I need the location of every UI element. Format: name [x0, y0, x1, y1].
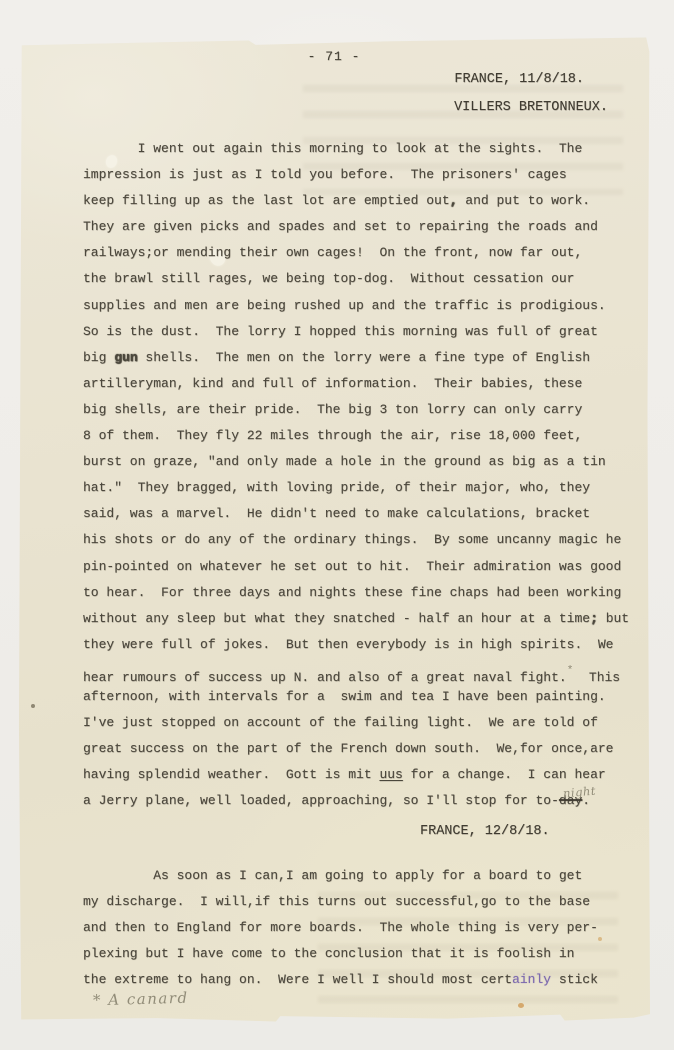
typed-text: stick	[551, 972, 598, 987]
typed-line: I went out again this morning to look at…	[83, 136, 643, 162]
typed-line: So is the dust. The lorry I hopped this …	[83, 319, 643, 345]
typed-text: I've just stopped on account of the fail…	[83, 715, 598, 730]
typed-line: great success on the part of the French …	[83, 736, 643, 762]
typed-text: afternoon, with intervals for a swim and…	[83, 689, 606, 704]
typed-text: big shells, are their pride. The big 3 t…	[83, 402, 582, 417]
typed-text: I went out again this morning to look at…	[83, 141, 582, 156]
typed-text: but	[598, 611, 629, 626]
typed-text: keep filling up as the last lot are empt…	[83, 193, 450, 208]
typed-text: shells. The men on the lorry were a fine…	[138, 350, 590, 365]
handwritten-footnote: * A canard	[93, 989, 189, 1009]
typed-line: 8 of them. They fly 22 miles through the…	[83, 423, 643, 449]
typed-line: supplies and men are being rushed up and…	[83, 293, 643, 319]
typed-line: they were full of jokes. But then everyb…	[83, 632, 643, 658]
typed-text: and then to England for more boards. The…	[83, 920, 598, 935]
typed-line: big shells, are their pride. The big 3 t…	[83, 397, 643, 423]
scan-background: - 71 - FRANCE, 11/8/18. VILLERS BRETONNE…	[0, 0, 674, 1050]
page-number: - 71 -	[18, 49, 650, 64]
typed-text: having splendid weather. Gott is mit	[83, 767, 379, 782]
typed-line: said, was a marvel. He didn't need to ma…	[83, 501, 643, 527]
typed-line: plexing but I have come to the conclusio…	[83, 941, 643, 967]
typed-line: artilleryman, kind and full of informati…	[83, 371, 643, 397]
typed-text: impression is just as I told you before.…	[83, 167, 567, 182]
paper-stain	[518, 1003, 524, 1008]
dateline-place-date: FRANCE, 11/8/18.	[454, 72, 584, 87]
typed-line: to hear. For three days and nights these…	[83, 580, 643, 606]
paper-stain	[31, 704, 35, 708]
typed-line: They are given picks and spades and set …	[83, 214, 643, 240]
typed-text: So is the dust. The lorry I hopped this …	[83, 324, 598, 339]
typed-text: hear rumours of success up N. and also o…	[83, 670, 567, 685]
typed-text-underline: uus	[379, 767, 402, 782]
typed-line: I've just stopped on account of the fail…	[83, 710, 643, 736]
typed-text: big	[83, 350, 114, 365]
typed-text: They are given picks and spades and set …	[83, 219, 598, 234]
typed-text: without any sleep but what they snatched…	[83, 611, 590, 626]
typed-text: my discharge. I will,if this turns out s…	[83, 894, 590, 909]
typed-line: hat." They bragged, with loving pride, o…	[83, 475, 643, 501]
typed-text: the extreme to hang on. Were I well I sh…	[83, 972, 512, 987]
typed-line: afternoon, with intervals for a swim and…	[83, 684, 643, 710]
letter-page: - 71 - FRANCE, 11/8/18. VILLERS BRETONNE…	[18, 37, 650, 1023]
typed-line: railways;or mending their own cages! On …	[83, 240, 643, 266]
typed-text: 8 of them. They fly 22 miles through the…	[83, 428, 582, 443]
typed-text: As soon as I can,I am going to apply for…	[83, 868, 582, 883]
typed-text: artilleryman, kind and full of informati…	[83, 376, 582, 391]
typed-line: a Jerry plane, well loaded, approaching,…	[83, 788, 643, 814]
dateline-location: VILLERS BRETONNEUX.	[454, 100, 608, 115]
typed-text: they were full of jokes. But then everyb…	[83, 637, 614, 652]
typed-line: having splendid weather. Gott is mit uus…	[83, 762, 643, 788]
paragraph-entry-11-8-18: I went out again this morning to look at…	[83, 136, 643, 814]
typed-line: my discharge. I will,if this turns out s…	[83, 889, 643, 915]
typed-line: the brawl still rages, we being top-dog.…	[83, 266, 643, 292]
typed-text: burst on graze, "and only made a hole in…	[83, 454, 606, 469]
typed-line: As soon as I can,I am going to apply for…	[83, 863, 643, 889]
typed-line: keep filling up as the last lot are empt…	[83, 188, 643, 214]
handwritten-insertion: night	[562, 778, 597, 807]
paragraph-entry-12-8-18: As soon as I can,I am going to apply for…	[83, 863, 643, 993]
typed-text-strike: daynight	[559, 793, 582, 808]
typed-text: and put to work.	[457, 193, 590, 208]
typed-text: said, was a marvel. He didn't need to ma…	[83, 506, 590, 521]
typed-line: and then to England for more boards. The…	[83, 915, 643, 941]
dateline-second-entry: FRANCE, 12/8/18.	[420, 824, 550, 839]
typed-line: impression is just as I told you before.…	[83, 162, 643, 188]
typed-text: great success on the part of the French …	[83, 741, 614, 756]
typed-text: supplies and men are being rushed up and…	[83, 298, 606, 313]
typed-text-purple: ainly	[512, 972, 551, 987]
typed-line: his shots or do any of the ordinary thin…	[83, 527, 643, 553]
typed-line: big gun shells. The men on the lorry wer…	[83, 345, 643, 371]
typed-text-blot: ;	[590, 611, 598, 626]
typed-line: pin-pointed on whatever he set out to hi…	[83, 554, 643, 580]
typed-text: to hear. For three days and nights these…	[83, 585, 621, 600]
typed-text: This	[573, 670, 620, 685]
typed-text: a Jerry plane, well loaded, approaching,…	[83, 793, 559, 808]
typed-text: railways;or mending their own cages! On …	[83, 245, 582, 260]
typed-text-blot: gun	[114, 350, 137, 365]
dateline: FRANCE, 11/8/18. VILLERS BRETONNEUX.	[454, 72, 608, 115]
typed-line: burst on graze, "and only made a hole in…	[83, 449, 643, 475]
typed-text: hat." They bragged, with loving pride, o…	[83, 480, 590, 495]
typed-text: plexing but I have come to the conclusio…	[83, 946, 574, 961]
typed-text: his shots or do any of the ordinary thin…	[83, 532, 621, 547]
typed-line: hear rumours of success up N. and also o…	[83, 658, 643, 684]
typed-line: without any sleep but what they snatched…	[83, 606, 643, 632]
typed-text: the brawl still rages, we being top-dog.…	[83, 271, 574, 286]
typed-text: pin-pointed on whatever he set out to hi…	[83, 559, 621, 574]
